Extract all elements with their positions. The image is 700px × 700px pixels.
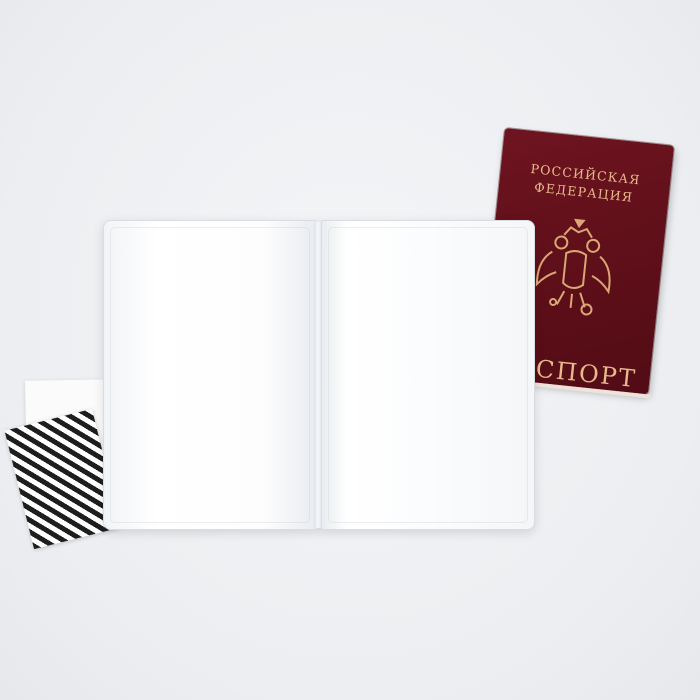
left-pocket bbox=[110, 227, 310, 523]
cover-left-page bbox=[103, 220, 317, 530]
right-pocket bbox=[328, 227, 528, 523]
product-scene: РОССИЙСКАЯ ФЕДЕРАЦИЯ ПАСПОРТ bbox=[0, 0, 700, 700]
double-headed-eagle-icon bbox=[525, 210, 624, 329]
cover-right-page bbox=[321, 220, 535, 530]
passport-cover-open bbox=[103, 218, 535, 530]
